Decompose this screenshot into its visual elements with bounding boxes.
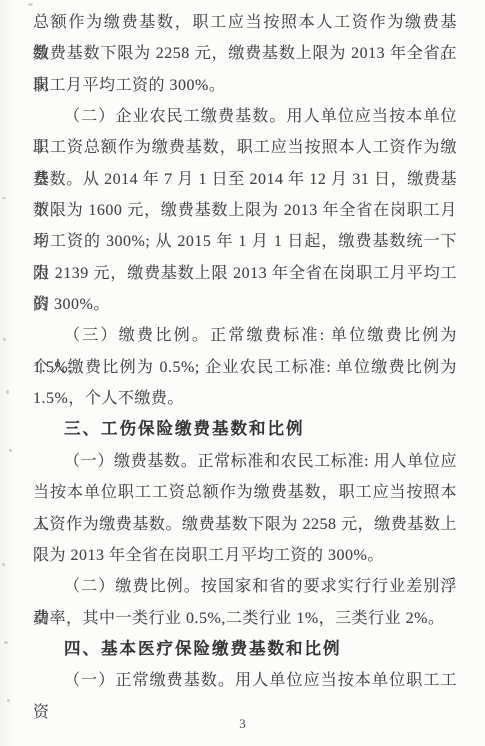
text-line: （二）企业农民工缴费基数。用人单位应当按本单位职 xyxy=(33,101,457,132)
text-line: （二）缴费比例。按国家和省的要求实行行业差别浮动 xyxy=(33,571,457,602)
text-line: 基数。从 2014 年 7 月 1 日至 2014 年 12 月 31 日，缴费… xyxy=(33,164,457,195)
text-line: 缴费基数下限为 2258 元，缴费基数上限为 2013 年全省在岗 xyxy=(33,38,457,69)
scan-artifact xyxy=(7,699,10,702)
scan-artifact xyxy=(28,3,33,6)
text-line: 下限为 1600 元，缴费基数上限为 2013 年全省在岗职工月平 xyxy=(33,195,457,226)
scan-artifact xyxy=(2,563,5,566)
scan-artifact xyxy=(2,197,6,199)
text-line: （一）正常缴费基数。用人单位应当按本单位职工工资 xyxy=(33,665,457,696)
text-line: 均工资的 300%; 从 2015 年 1 月 1 日起，缴费基数统一下限 xyxy=(33,226,457,257)
text-line: 总额作为缴费基数，职工应当按照本人工资作为缴费基数。 xyxy=(33,7,457,38)
scan-artifact xyxy=(4,641,8,644)
section-heading: 三、工伤保险缴费基数和比例 xyxy=(33,414,457,445)
document-page: 总额作为缴费基数，职工应当按照本人工资作为缴费基数。 缴费基数下限为 2258 … xyxy=(0,0,485,746)
text-line: （三）缴费比例。正常缴费标准: 单位缴费比例为 1.5%, xyxy=(33,320,457,351)
text-line: 工资作为缴费基数。缴费基数下限为 2258 元，缴费基数上 xyxy=(33,509,457,540)
text-line: 限为 2013 年全省在岗职工月平均工资的 300%。 xyxy=(33,540,457,571)
text-line: 费率，其中一类行业 0.5%,二类行业 1%，三类行业 2%。 xyxy=(33,603,457,634)
text-line: 当按本单位职工工资总额作为缴费基数，职工应当按照本人 xyxy=(33,477,457,508)
scan-artifact xyxy=(3,338,6,341)
text-line: 职工月平均工资的 300%。 xyxy=(33,70,457,101)
page-number: 3 xyxy=(0,716,485,732)
text-line: 工工资总额作为缴费基数，职工应当按照本人工资作为缴费 xyxy=(33,132,457,163)
scan-artifact xyxy=(9,449,12,452)
section-heading: 四、基本医疗保险缴费基数和比例 xyxy=(33,634,457,665)
text-line: （一）缴费基数。正常标准和农民工标准: 用人单位应 xyxy=(33,446,457,477)
text-line: 的 300%。 xyxy=(33,289,457,320)
scan-artifact xyxy=(6,390,9,394)
text-line: 个人缴费比例为 0.5%; 企业农民工标准: 单位缴费比例为 xyxy=(33,352,457,383)
document-text-block: 总额作为缴费基数，职工应当按照本人工资作为缴费基数。 缴费基数下限为 2258 … xyxy=(33,7,457,697)
text-line: 为 2139 元，缴费基数上限 2013 年全省在岗职工月平均工资 xyxy=(33,258,457,289)
text-line: 1.5%，个人不缴费。 xyxy=(33,383,457,414)
